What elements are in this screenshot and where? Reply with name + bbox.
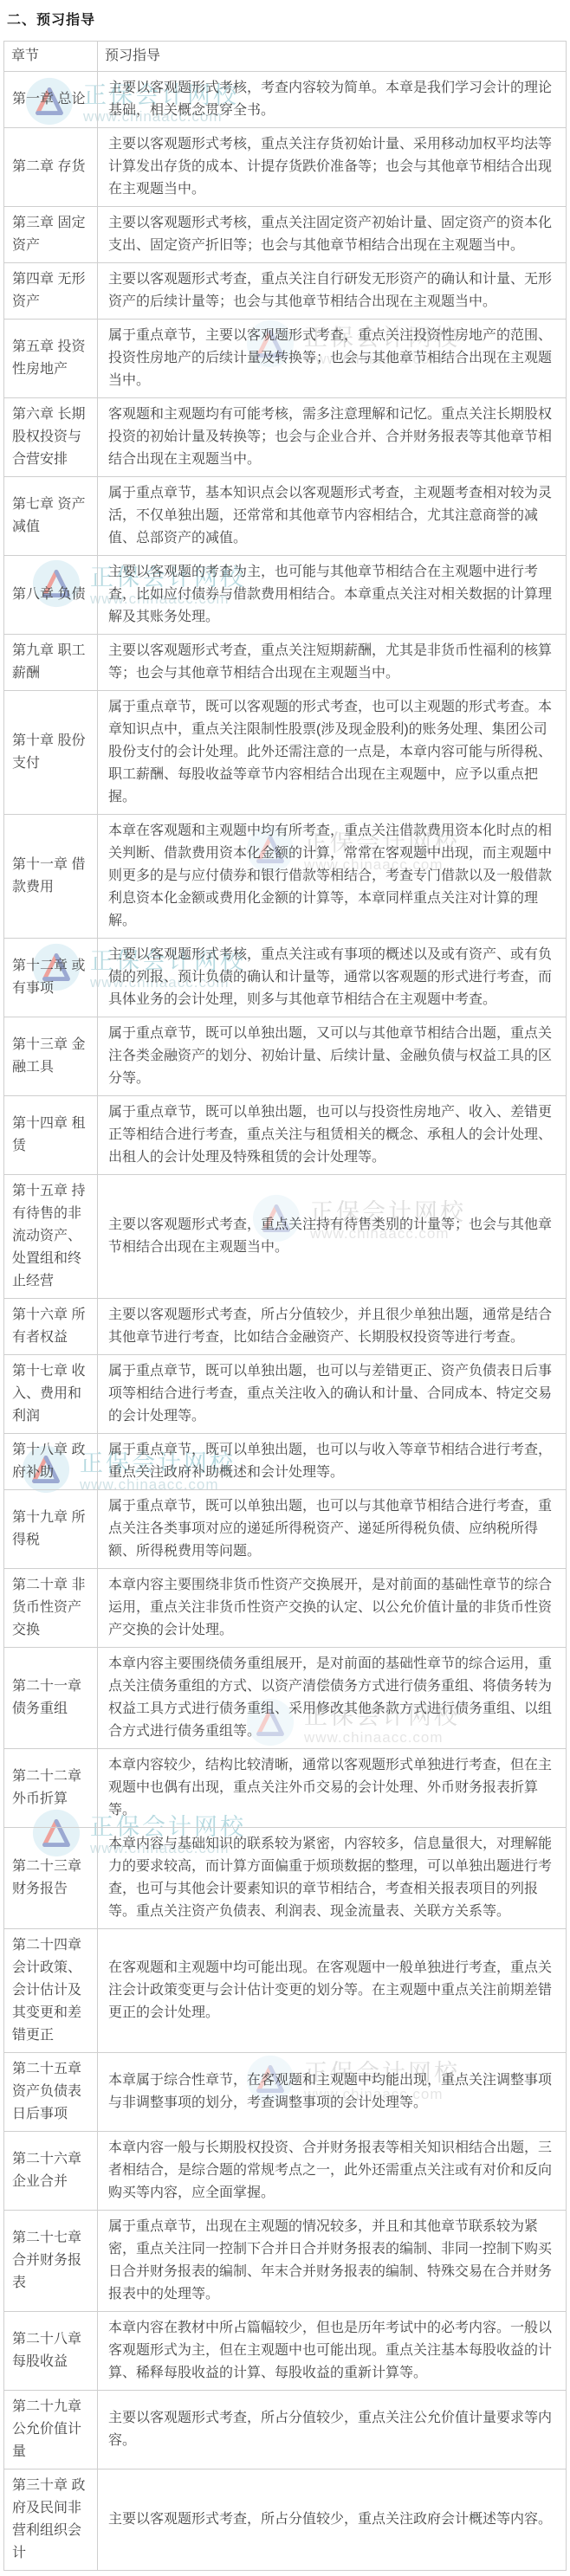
guidance-cell: 客观题和主观题均有可能考核，需多注意理解和记忆。重点关注长期股权投资的初始计量及…	[98, 398, 567, 477]
guidance-cell: 主要以客观题形式考核，考查内容较为简单。本章是我们学习会计的理论基础，相关概念贯…	[98, 72, 567, 128]
chapter-cell: 第二十五章 资产负债表日后事项	[4, 2053, 98, 2132]
guidance-cell: 主要以客观题形式考核，重点关注或有事项的概述以及或有资产、或有负债的列报、预计负…	[98, 939, 567, 1017]
guidance-cell: 主要以客观题形式考核，重点关注固定资产初始计量、固定资产的资本化支出、固定资产折…	[98, 207, 567, 263]
guidance-cell: 本章内容较少，结构比较清晰，通常以客观题形式单独进行考查，但在主观题中也偶有出现…	[98, 1749, 567, 1828]
table-row: 第二十九章 公允价值计量主要以客观题形式考查，所占分值较少，重点关注公允价值计量…	[4, 2391, 567, 2469]
table-row: 第三章 固定资产主要以客观题形式考核，重点关注固定资产初始计量、固定资产的资本化…	[4, 207, 567, 263]
table-row: 第十章 股份支付属于重点章节，既可以客观题的形式考查，也可以主观题的形式考查。本…	[4, 691, 567, 815]
table-row: 第十三章 金融工具属于重点章节，既可以单独出题，又可以与其他章节相结合出题，重点…	[4, 1017, 567, 1096]
chapter-cell: 第二十四章 会计政策、会计估计及其变更和差错更正	[4, 1929, 98, 2053]
table-row: 第二章 存货主要以客观题形式考核，重点关注存货初始计量、采用移动加权平均法等计算…	[4, 128, 567, 207]
guidance-cell: 属于重点章节，既可以单独出题，也可以与投资性房地产、收入、差错更正等相结合进行考…	[98, 1096, 567, 1175]
table-row: 第六章 长期股权投资与合营安排客观题和主观题均有可能考核，需多注意理解和记忆。重…	[4, 398, 567, 477]
guidance-cell: 属于重点章节，基本知识点会以客观题形式考查，主观题考查相对较为灵活，不仅单独出题…	[98, 477, 567, 556]
page-title: 二、预习指导	[7, 9, 567, 29]
table-row: 第三十章 政府及民间非营利组织会计主要以客观题形式考查，所占分值较少，重点关注政…	[4, 2469, 567, 2571]
chapter-cell: 第三十章 政府及民间非营利组织会计	[4, 2469, 98, 2571]
guidance-cell: 本章内容与基础知识的联系较为紧密，内容较多，信息量很大，对理解能力的要求较高，而…	[98, 1828, 567, 1929]
table-row: 第七章 资产减值属于重点章节，基本知识点会以客观题形式考查，主观题考查相对较为灵…	[4, 477, 567, 556]
page: 二、预习指导 章节 预习指导 第一章 总论主要以客观题形式考核，考查内容较为简单…	[0, 0, 570, 2576]
guidance-cell: 属于重点章节，主要以客观题形式考查，重点关注投资性房地产的范围、投资性房地产的后…	[98, 320, 567, 398]
chapter-cell: 第二十八章 每股收益	[4, 2312, 98, 2391]
guidance-cell: 主要以客观题形式考查，所占分值较少，重点关注政府会计概述等内容。	[98, 2469, 567, 2571]
guidance-cell: 本章在客观题和主观题中均有所考查，重点关注借款费用资本化时点的相关判断、借款费用…	[98, 815, 567, 939]
guidance-cell: 属于重点章节，既可以客观题的形式考查，也可以主观题的形式考查。本章知识点中，重点…	[98, 691, 567, 815]
table-row: 第九章 职工薪酬主要以客观题形式考查，重点关注短期薪酬，尤其是非货币性福利的核算…	[4, 635, 567, 691]
chapter-cell: 第十章 股份支付	[4, 691, 98, 815]
chapter-cell: 第四章 无形资产	[4, 263, 98, 320]
chapter-cell: 第二十章 非货币性资产交换	[4, 1569, 98, 1648]
guidance-cell: 属于重点章节，出现在主观题的情况较多，并且和其他章节联系较为紧密，重点关注同一控…	[98, 2211, 567, 2312]
table-row: 第二十七章 合并财务报表属于重点章节，出现在主观题的情况较多，并且和其他章节联系…	[4, 2211, 567, 2312]
table-row: 第五章 投资性房地产属于重点章节，主要以客观题形式考查，重点关注投资性房地产的范…	[4, 320, 567, 398]
chapter-cell: 第七章 资产减值	[4, 477, 98, 556]
table-row: 第十六章 所有者权益主要以客观题形式考查，所占分值较少，并且很少单独出题，通常是…	[4, 1299, 567, 1355]
guidance-cell: 主要以客观题的考查为主，也可能与其他章节相结合在主观题中进行考查，比如应付债券与…	[98, 556, 567, 635]
guidance-cell: 属于重点章节，既可以单独出题，也可以与其他章节相结合进行考查，重点关注各类事项对…	[98, 1490, 567, 1569]
chapter-cell: 第三章 固定资产	[4, 207, 98, 263]
chapter-cell: 第十五章 持有待售的非流动资产、处置组和终止经营	[4, 1175, 98, 1299]
table-row: 第八章 负债主要以客观题的考查为主，也可能与其他章节相结合在主观题中进行考查，比…	[4, 556, 567, 635]
table-row: 第十八章 政府补助属于重点章节，既可以单独出题，也可以与收入等章节相结合进行考查…	[4, 1434, 567, 1490]
preview-guidance-table: 章节 预习指导 第一章 总论主要以客观题形式考核，考查内容较为简单。本章是我们学…	[3, 41, 567, 2571]
table-row: 第十七章 收入、费用和利润属于重点章节，既可以单独出题，也可以与差错更正、资产负…	[4, 1355, 567, 1434]
table-row: 第二十二章 外币折算本章内容较少，结构比较清晰，通常以客观题形式单独进行考查，但…	[4, 1749, 567, 1828]
chapter-cell: 第五章 投资性房地产	[4, 320, 98, 398]
table-row: 第十二章 或有事项主要以客观题形式考核，重点关注或有事项的概述以及或有资产、或有…	[4, 939, 567, 1017]
guidance-cell: 主要以客观题形式考核，重点关注存货初始计量、采用移动加权平均法等计算发出存货的成…	[98, 128, 567, 207]
guidance-cell: 本章内容主要围绕非货币性资产交换展开，是对前面的基础性章节的综合运用，重点关注非…	[98, 1569, 567, 1648]
chapter-cell: 第九章 职工薪酬	[4, 635, 98, 691]
chapter-cell: 第十七章 收入、费用和利润	[4, 1355, 98, 1434]
guidance-cell: 主要以客观题形式考查，重点关注自行研发无形资产的确认和计量、无形资产的后续计量等…	[98, 263, 567, 320]
chapter-cell: 第二十三章 财务报告	[4, 1828, 98, 1929]
chapter-cell: 第二章 存货	[4, 128, 98, 207]
table-row: 第二十八章 每股收益本章内容在教材中所占篇幅较少，但也是历年考试中的必考内容。一…	[4, 2312, 567, 2391]
chapter-cell: 第二十九章 公允价值计量	[4, 2391, 98, 2469]
chapter-cell: 第二十一章 债务重组	[4, 1648, 98, 1749]
chapter-cell: 第十九章 所得税	[4, 1490, 98, 1569]
col-header-guidance: 预习指导	[98, 42, 567, 72]
guidance-cell: 主要以客观题形式考查，重点关注短期薪酬，尤其是非货币性福利的核算等；也会与其他章…	[98, 635, 567, 691]
guidance-cell: 本章内容在教材中所占篇幅较少，但也是历年考试中的必考内容。一般以客观题形式为主，…	[98, 2312, 567, 2391]
table-row: 第二十三章 财务报告本章内容与基础知识的联系较为紧密，内容较多，信息量很大，对理…	[4, 1828, 567, 1929]
chapter-cell: 第十三章 金融工具	[4, 1017, 98, 1096]
guidance-cell: 主要以客观题形式考查，所占分值较少，并且很少单独出题，通常是结合其他章节进行考查…	[98, 1299, 567, 1355]
col-header-chapter: 章节	[4, 42, 98, 72]
chapter-cell: 第六章 长期股权投资与合营安排	[4, 398, 98, 477]
table-row: 第十九章 所得税属于重点章节，既可以单独出题，也可以与其他章节相结合进行考查，重…	[4, 1490, 567, 1569]
chapter-cell: 第二十六章 企业合并	[4, 2132, 98, 2211]
chapter-cell: 第八章 负债	[4, 556, 98, 635]
table-row: 第十四章 租赁属于重点章节，既可以单独出题，也可以与投资性房地产、收入、差错更正…	[4, 1096, 567, 1175]
chapter-cell: 第十六章 所有者权益	[4, 1299, 98, 1355]
table-row: 第二十五章 资产负债表日后事项本章属于综合性章节，在客观题和主观题中均能出现，重…	[4, 2053, 567, 2132]
guidance-cell: 主要以客观题形式考查，重点关注持有待售类别的计量等；也会与其他章节相结合出现在主…	[98, 1175, 567, 1299]
guidance-cell: 本章内容一般与长期股权投资、合并财务报表等相关知识相结合出题，三者相结合，是综合…	[98, 2132, 567, 2211]
table-row: 第一章 总论主要以客观题形式考核，考查内容较为简单。本章是我们学习会计的理论基础…	[4, 72, 567, 128]
table-row: 第二十六章 企业合并本章内容一般与长期股权投资、合并财务报表等相关知识相结合出题…	[4, 2132, 567, 2211]
guidance-cell: 本章内容主要围绕债务重组展开，是对前面的基础性章节的综合运用，重点关注债务重组的…	[98, 1648, 567, 1749]
table-row: 第二十四章 会计政策、会计估计及其变更和差错更正在客观题和主观题中均可能出现。在…	[4, 1929, 567, 2053]
chapter-cell: 第二十二章 外币折算	[4, 1749, 98, 1828]
table-row: 第二十章 非货币性资产交换本章内容主要围绕非货币性资产交换展开，是对前面的基础性…	[4, 1569, 567, 1648]
table-row: 第四章 无形资产主要以客观题形式考查，重点关注自行研发无形资产的确认和计量、无形…	[4, 263, 567, 320]
guidance-cell: 属于重点章节，既可以单独出题，又可以与其他章节相结合出题，重点关注各类金融资产的…	[98, 1017, 567, 1096]
guidance-cell: 属于重点章节，既可以单独出题，也可以与收入等章节相结合进行考查，重点关注政府补助…	[98, 1434, 567, 1490]
guidance-cell: 在客观题和主观题中均可能出现。在客观题中一般单独进行考查，重点关注会计政策变更与…	[98, 1929, 567, 2053]
guidance-cell: 主要以客观题形式考查，所占分值较少，重点关注公允价值计量要求等内容。	[98, 2391, 567, 2469]
guidance-cell: 本章属于综合性章节，在客观题和主观题中均能出现，重点关注调整事项与非调整事项的划…	[98, 2053, 567, 2132]
table-row: 第十五章 持有待售的非流动资产、处置组和终止经营主要以客观题形式考查，重点关注持…	[4, 1175, 567, 1299]
table-header-row: 章节 预习指导	[4, 42, 567, 72]
table-row: 第十一章 借款费用本章在客观题和主观题中均有所考查，重点关注借款费用资本化时点的…	[4, 815, 567, 939]
chapter-cell: 第十一章 借款费用	[4, 815, 98, 939]
chapter-cell: 第十八章 政府补助	[4, 1434, 98, 1490]
chapter-cell: 第十二章 或有事项	[4, 939, 98, 1017]
chapter-cell: 第一章 总论	[4, 72, 98, 128]
chapter-cell: 第十四章 租赁	[4, 1096, 98, 1175]
table-body: 第一章 总论主要以客观题形式考核，考查内容较为简单。本章是我们学习会计的理论基础…	[4, 72, 567, 2571]
chapter-cell: 第二十七章 合并财务报表	[4, 2211, 98, 2312]
guidance-cell: 属于重点章节，既可以单独出题，也可以与差错更正、资产负债表日后事项等相结合进行考…	[98, 1355, 567, 1434]
table-row: 第二十一章 债务重组本章内容主要围绕债务重组展开，是对前面的基础性章节的综合运用…	[4, 1648, 567, 1749]
